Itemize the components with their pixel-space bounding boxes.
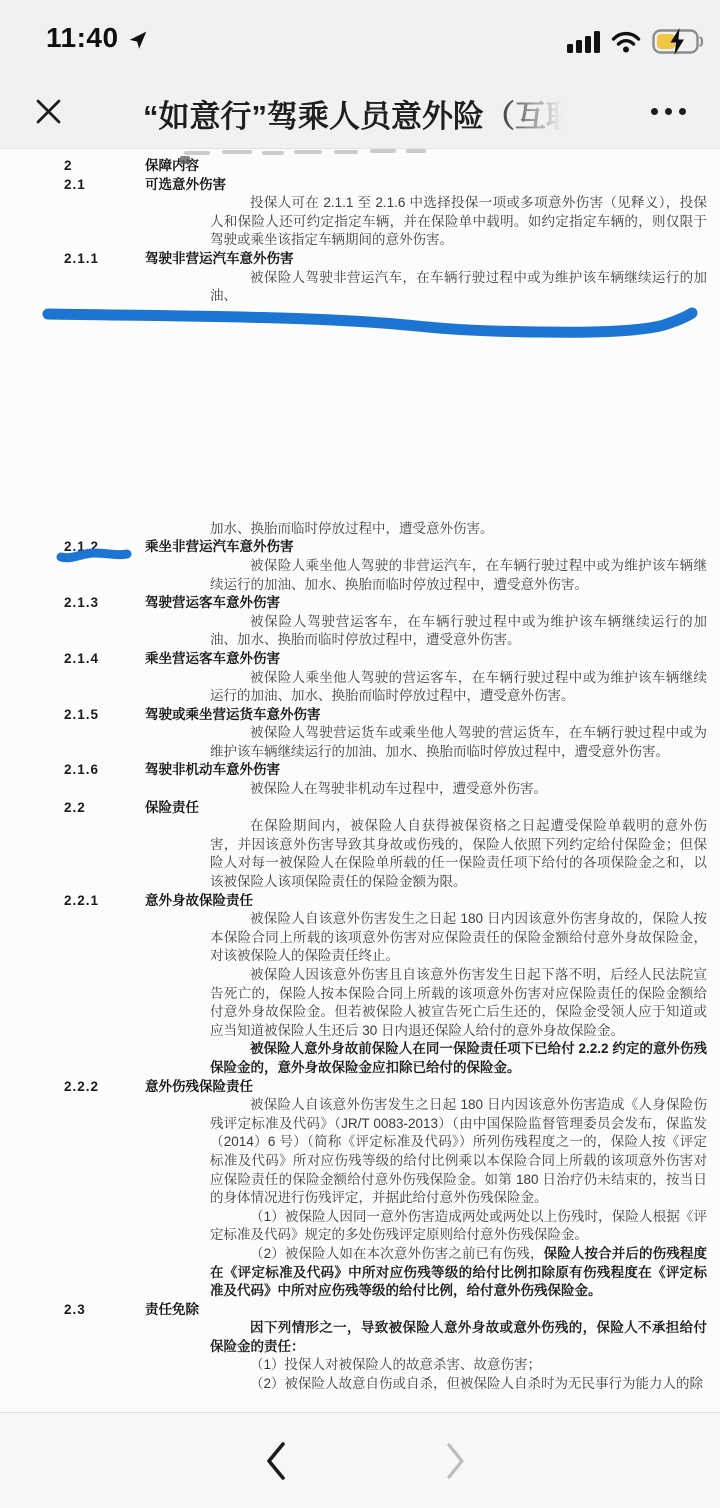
section-number: 2.2.2 bbox=[0, 1078, 145, 1097]
battery-charging-icon bbox=[652, 28, 704, 55]
section-title: 意外身故保险责任 bbox=[145, 892, 720, 911]
section-number: 2.1.1 bbox=[0, 250, 145, 269]
close-x-icon bbox=[35, 98, 62, 125]
bottom-pager-bar bbox=[0, 1412, 720, 1508]
clause-paragraph: 被保险人驾驶非营运汽车，在车辆行驶过程中或为维护该车辆继续运行的加油、 bbox=[210, 269, 707, 306]
charging-bolt-icon bbox=[671, 28, 685, 55]
section-title: 驾驶或乘坐营运货车意外伤害 bbox=[145, 706, 720, 725]
clause-paragraph: 被保险人驾驶营运客车，在车辆行驶过程中或为维护该车辆继续运行的加油、加水、换胎而… bbox=[210, 613, 707, 650]
ellipsis-icon bbox=[651, 108, 658, 115]
clause-paragraph: （2）被保险人故意自伤或自杀，但被保险人自杀时为无民事行为能力人的除 bbox=[210, 1375, 707, 1394]
chevron-left-icon bbox=[264, 1440, 288, 1482]
section-heading: 2.2.2意外伤残保险责任 bbox=[0, 1078, 720, 1097]
section-heading: 2.1.1驾驶非营运汽车意外伤害 bbox=[0, 250, 720, 269]
chevron-right-icon bbox=[445, 1442, 467, 1480]
clause-paragraph: （1）被保险人因同一意外伤害造成两处或两处以上伤残时，保险人根据《评定标准及代码… bbox=[210, 1208, 707, 1245]
section-heading: 2保障内容 bbox=[0, 157, 720, 176]
clause-paragraph: 加水、换胎而临时停放过程中，遭受意外伤害。 bbox=[210, 520, 707, 539]
status-time: 11:40 bbox=[46, 22, 119, 54]
section-number: 2.1 bbox=[0, 176, 145, 195]
section-heading: 2.1可选意外伤害 bbox=[0, 176, 720, 195]
section-title: 意外伤残保险责任 bbox=[145, 1078, 720, 1097]
section-number: 2.2.1 bbox=[0, 892, 145, 911]
clause-paragraph: 被保险人驾驶营运货车或乘坐他人驾驶的营运货车，在车辆行驶过程中或为维护该车辆继续… bbox=[210, 724, 707, 761]
section-number: 2.1.6 bbox=[0, 761, 145, 780]
section-title: 可选意外伤害 bbox=[145, 176, 720, 195]
blank-erased-area bbox=[0, 306, 720, 520]
section-number: 2 bbox=[0, 157, 145, 176]
section-title: 驾驶营运客车意外伤害 bbox=[145, 594, 720, 613]
section-heading: 2.2.1意外身故保险责任 bbox=[0, 892, 720, 911]
clause-paragraph: 因下列情形之一，导致被保险人意外身故或意外伤残的，保险人不承担给付保险金的责任： bbox=[210, 1319, 707, 1356]
clause-paragraph: 被保险人自该意外伤害发生之日起 180 日内因该意外伤害身故的，保险人按本保险合… bbox=[210, 910, 707, 966]
ellipsis-icon bbox=[665, 108, 672, 115]
status-bar: 11:40 bbox=[0, 0, 720, 85]
clause-paragraph: 被保险人因该意外伤害且自该意外伤害发生日起下落不明，后经人民法院宣告死亡的，保险… bbox=[210, 966, 707, 1040]
phone-screen: 11:40 bbox=[0, 0, 720, 1508]
top-header: 11:40 bbox=[0, 0, 720, 149]
more-button[interactable] bbox=[640, 89, 696, 133]
section-title: 驾驶非机动车意外伤害 bbox=[145, 761, 720, 780]
next-page-button[interactable] bbox=[428, 1435, 484, 1487]
cellular-signal-icon bbox=[567, 29, 600, 53]
ellipsis-icon bbox=[679, 108, 686, 115]
clause-paragraph: 被保险人自该意外伤害发生之日起 180 日内因该意外伤害造成《人身保险伤残评定标… bbox=[210, 1096, 707, 1208]
section-heading: 2.1.6驾驶非机动车意外伤害 bbox=[0, 761, 720, 780]
section-number: 2.1.4 bbox=[0, 650, 145, 669]
section-title: 责任免除 bbox=[145, 1301, 720, 1320]
location-arrow-icon bbox=[128, 30, 148, 50]
close-button[interactable] bbox=[30, 93, 66, 129]
section-title: 保障内容 bbox=[145, 157, 720, 176]
clause-paragraph: 被保险人在驾驶非机动车过程中，遭受意外伤害。 bbox=[210, 780, 707, 799]
section-number: 2.1.3 bbox=[0, 594, 145, 613]
section-heading: 2.1.5驾驶或乘坐营运货车意外伤害 bbox=[0, 706, 720, 725]
clause-paragraph: 在保险期间内，被保险人自获得被保资格之日起遭受保险单载明的意外伤害，并因该意外伤… bbox=[210, 817, 707, 891]
section-title: 乘坐营运客车意外伤害 bbox=[145, 650, 720, 669]
clause-paragraph: （2）被保险人如在本次意外伤害之前已有伤残，保险人按合并后的伤残程度在《评定标准… bbox=[210, 1245, 707, 1301]
clause-paragraph: 投保人可在 2.1.1 至 2.1.6 中选择投保一项或多项意外伤害（见释义），… bbox=[210, 194, 707, 250]
section-heading: 2.2保险责任 bbox=[0, 799, 720, 818]
section-title: 保险责任 bbox=[145, 799, 720, 818]
section-title: 乘坐非营运汽车意外伤害 bbox=[145, 538, 720, 557]
section-title: 驾驶非营运汽车意外伤害 bbox=[145, 250, 720, 269]
clause-paragraph: 被保险人乘坐他人驾驶的营运客车，在车辆行驶过程中或为维护该车辆继续运行的加油、加… bbox=[210, 669, 707, 706]
previous-page-button[interactable] bbox=[248, 1435, 304, 1487]
section-heading: 2.1.3驾驶营运客车意外伤害 bbox=[0, 594, 720, 613]
clause-paragraph: 被保险人乘坐他人驾驶的非营运汽车，在车辆行驶过程中或为维护该车辆继续运行的加油、… bbox=[210, 557, 707, 594]
section-heading: 2.3责任免除 bbox=[0, 1301, 720, 1320]
section-number: 2.2 bbox=[0, 799, 145, 818]
section-heading: 2.1.2乘坐非营运汽车意外伤害 bbox=[0, 538, 720, 557]
clause-paragraph: 被保险人意外身故前保险人在同一保险责任项下已给付 2.2.2 约定的意外伤残保险… bbox=[210, 1040, 707, 1077]
page-title: “如意行”驾乘人员意外险（互联 bbox=[143, 99, 577, 134]
section-heading: 2.1.4乘坐营运客车意外伤害 bbox=[0, 650, 720, 669]
section-number: 2.1.5 bbox=[0, 706, 145, 725]
wifi-icon bbox=[611, 30, 641, 53]
nav-bar: “如意行”驾乘人员意外险（互联 bbox=[0, 85, 720, 148]
clause-paragraph: （1）投保人对被保险人的故意杀害、故意伤害； bbox=[210, 1356, 707, 1375]
document-page[interactable]: 2保障内容2.1可选意外伤害投保人可在 2.1.1 至 2.1.6 中选择投保一… bbox=[0, 149, 720, 1412]
clause-text: （2）被保险人如在本次意外伤害之前已有伤残， bbox=[250, 1246, 544, 1261]
section-number: 2.3 bbox=[0, 1301, 145, 1320]
section-number: 2.1.2 bbox=[0, 538, 145, 557]
